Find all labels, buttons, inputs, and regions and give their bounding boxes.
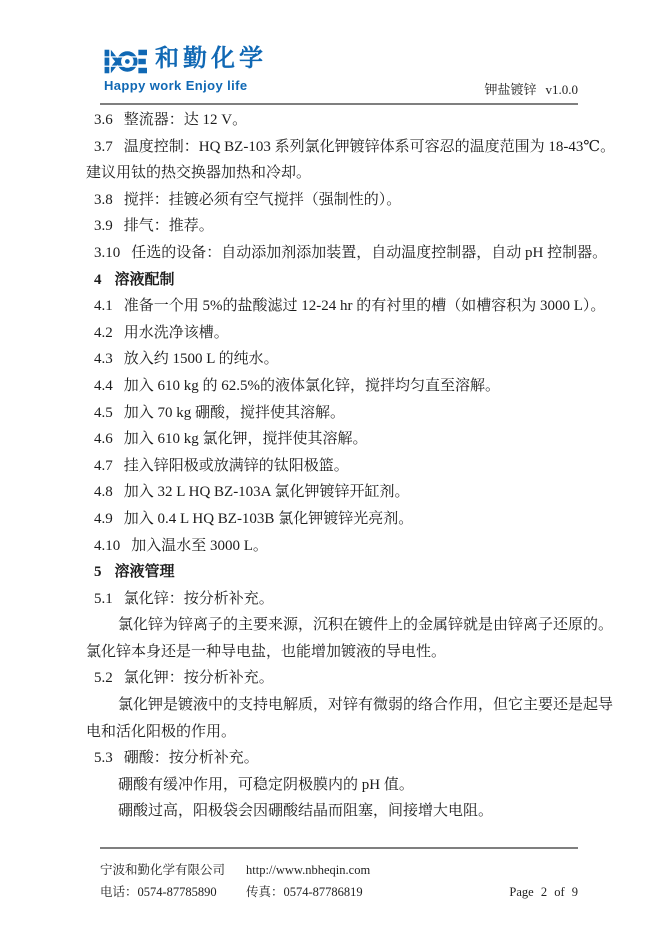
- item-number: 4.3: [94, 346, 113, 373]
- line-text: 氯化锌：按分析补充。: [124, 591, 274, 607]
- document-page: 和勤化学 Happy work Enjoy life 钾盐镀锌v1.0.0 3.…: [0, 0, 671, 950]
- line-text: 加入 32 L HQ BZ-103A 氯化钾镀锌开缸剂。: [124, 484, 410, 500]
- line-text: 氯化钾：按分析补充。: [124, 670, 274, 686]
- line-text: 用水洗净该槽。: [124, 325, 229, 341]
- company-name: 宁波和勤化学有限公司: [100, 859, 246, 881]
- item-number: 4.1: [94, 293, 113, 320]
- item-number: 4.7: [94, 453, 113, 480]
- text-line: 氯化钾是镀液中的支持电解质，对锌有微弱的络合作用，但它主要还是起导: [86, 692, 612, 719]
- line-text: 挂入锌阳极或放满锌的钛阳极篮。: [124, 458, 349, 474]
- item-number: 4.8: [94, 479, 113, 506]
- item-number: 3.7: [94, 134, 113, 161]
- text-line: 硼酸有缓冲作用，可稳定阴极膜内的 pH 值。: [86, 772, 612, 799]
- line-text: 加入 610 kg 氯化钾，搅拌使其溶解。: [124, 431, 368, 447]
- fax-number: 传真：0574-87786819: [246, 881, 363, 903]
- text-line: 电和活化阳极的作用。: [86, 719, 612, 746]
- text-line: 3.6整流器：达 12 V。: [86, 107, 612, 134]
- doc-version: v1.0.0: [546, 82, 579, 97]
- text-line: 4.7挂入锌阳极或放满锌的钛阳极篮。: [86, 453, 612, 480]
- line-text: 硼酸有缓冲作用，可稳定阴极膜内的 pH 值。: [118, 777, 414, 793]
- item-number: 4.4: [94, 373, 113, 400]
- text-line: 氯化锌为锌离子的主要来源，沉积在镀件上的金属锌就是由锌离子还原的。: [86, 612, 612, 639]
- item-number: 3.10: [94, 240, 120, 267]
- item-number: 4.5: [94, 400, 113, 427]
- line-text: 硼酸：按分析补充。: [124, 750, 259, 766]
- text-line: 5.2氯化钾：按分析补充。: [86, 665, 612, 692]
- text-line: 4.6加入 610 kg 氯化钾，搅拌使其溶解。: [86, 426, 612, 453]
- text-line: 4.4加入 610 kg 的 62.5%的液体氯化锌，搅拌均匀直至溶解。: [86, 373, 612, 400]
- footer-row: 宁波和勤化学有限公司 http://www.nbheqin.com: [100, 859, 578, 881]
- section-heading: 4溶液配制: [86, 267, 612, 294]
- line-text: 加入 610 kg 的 62.5%的液体氯化锌，搅拌均匀直至溶解。: [124, 378, 500, 394]
- item-number: 3.8: [94, 187, 113, 214]
- page-indicator: Page 2 of 9: [509, 881, 578, 903]
- text-line: 4.9加入 0.4 L HQ BZ-103B 氯化钾镀锌光亮剂。: [86, 506, 612, 533]
- header-meta: 钾盐镀锌v1.0.0: [100, 79, 578, 98]
- text-line: 建议用钛的热交换器加热和冷却。: [86, 160, 612, 187]
- item-number: 5: [94, 559, 102, 586]
- company-wordmark: 和勤化学: [155, 44, 267, 74]
- text-line: 4.2用水洗净该槽。: [86, 320, 612, 347]
- item-number: 4.6: [94, 426, 113, 453]
- text-line: 5.1氯化锌：按分析补充。: [86, 586, 612, 613]
- item-number: 5.3: [94, 745, 113, 772]
- item-number: 3.9: [94, 213, 113, 240]
- line-text: 溶液管理: [115, 564, 175, 580]
- line-text: 加入温水至 3000 L。: [131, 538, 268, 554]
- text-line: 5.3硼酸：按分析补充。: [86, 745, 612, 772]
- item-number: 5.1: [94, 586, 113, 613]
- line-text: 建议用钛的热交换器加热和冷却。: [86, 165, 311, 181]
- website-url: http://www.nbheqin.com: [246, 859, 370, 881]
- text-line: 3.7温度控制：HQ BZ-103 系列氯化钾镀锌体系可容忍的温度范围为 18-…: [86, 134, 612, 161]
- text-line: 4.8加入 32 L HQ BZ-103A 氯化钾镀锌开缸剂。: [86, 479, 612, 506]
- line-text: 放入约 1500 L 的纯水。: [124, 351, 279, 367]
- text-line: 3.10任选的设备：自动添加剂添加装置，自动温度控制器，自动 pH 控制器。: [86, 240, 612, 267]
- header-divider: [100, 103, 578, 105]
- line-text: 搅拌：挂镀必须有空气搅拌（强制性的）。: [124, 192, 402, 208]
- item-number: 4.9: [94, 506, 113, 533]
- footer-row: 电话：0574-87785890 传真：0574-87786819 Page 2…: [100, 881, 578, 903]
- line-text: 整流器：达 12 V。: [124, 112, 247, 128]
- line-text: 溶液配制: [115, 272, 175, 288]
- item-number: 4: [94, 267, 102, 294]
- phone-number: 电话：0574-87785890: [100, 881, 246, 903]
- footer: 宁波和勤化学有限公司 http://www.nbheqin.com 电话：057…: [100, 859, 578, 903]
- line-text: 准备一个用 5%的盐酸滤过 12-24 hr 的有衬里的槽（如槽容积为 3000…: [124, 298, 606, 314]
- section-heading: 5溶液管理: [86, 559, 612, 586]
- text-line: 3.9排气：推荐。: [86, 213, 612, 240]
- line-text: 电和活化阳极的作用。: [86, 724, 236, 740]
- hqe-logo-icon: [103, 47, 147, 76]
- document-body: 3.6整流器：达 12 V。3.7温度控制：HQ BZ-103 系列氯化钾镀锌体…: [86, 107, 612, 825]
- item-number: 4.2: [94, 320, 113, 347]
- line-text: 氯化锌为锌离子的主要来源，沉积在镀件上的金属锌就是由锌离子还原的。: [118, 617, 613, 633]
- text-line: 氯化锌本身还是一种导电盐，也能增加镀液的导电性。: [86, 639, 612, 666]
- line-text: 氯化锌本身还是一种导电盐，也能增加镀液的导电性。: [86, 644, 446, 660]
- line-text: 硼酸过高，阳极袋会因硼酸结晶而阻塞，间接增大电阻。: [118, 803, 493, 819]
- line-text: 任选的设备：自动添加剂添加装置，自动温度控制器，自动 pH 控制器。: [131, 245, 607, 261]
- doc-title: 钾盐镀锌: [484, 82, 536, 97]
- line-text: 氯化钾是镀液中的支持电解质，对锌有微弱的络合作用，但它主要还是起导: [118, 697, 613, 713]
- line-text: 温度控制：HQ BZ-103 系列氯化钾镀锌体系可容忍的温度范围为 18-43℃…: [124, 139, 615, 155]
- line-text: 排气：推荐。: [124, 218, 214, 234]
- company-logo: 和勤化学: [103, 44, 267, 76]
- item-number: 3.6: [94, 107, 113, 134]
- line-text: 加入 70 kg 硼酸，搅拌使其溶解。: [124, 405, 345, 421]
- text-line: 4.5加入 70 kg 硼酸，搅拌使其溶解。: [86, 400, 612, 427]
- item-number: 5.2: [94, 665, 113, 692]
- item-number: 4.10: [94, 533, 120, 560]
- text-line: 4.3放入约 1500 L 的纯水。: [86, 346, 612, 373]
- text-line: 3.8搅拌：挂镀必须有空气搅拌（强制性的）。: [86, 187, 612, 214]
- footer-divider: [100, 847, 578, 849]
- text-line: 4.1准备一个用 5%的盐酸滤过 12-24 hr 的有衬里的槽（如槽容积为 3…: [86, 293, 612, 320]
- text-line: 硼酸过高，阳极袋会因硼酸结晶而阻塞，间接增大电阻。: [86, 798, 612, 825]
- text-line: 4.10加入温水至 3000 L。: [86, 533, 612, 560]
- line-text: 加入 0.4 L HQ BZ-103B 氯化钾镀锌光亮剂。: [124, 511, 413, 527]
